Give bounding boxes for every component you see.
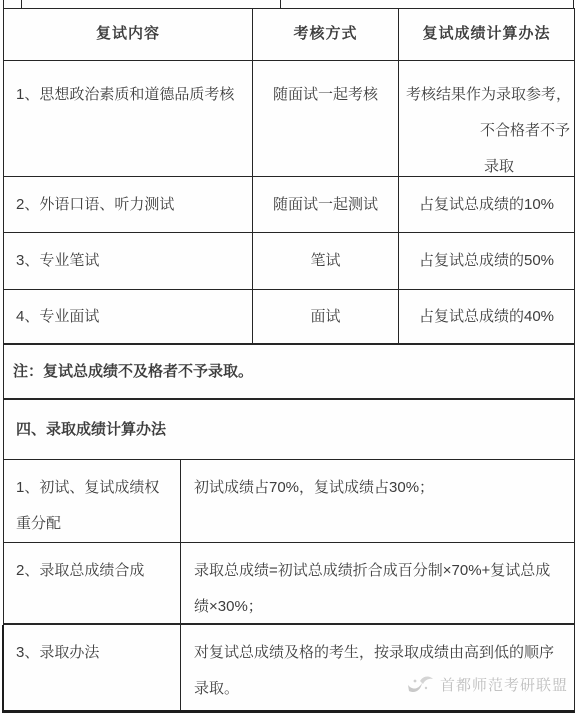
table-note: 注：复试总成绩不及格者不予录取。 xyxy=(4,345,574,400)
header-retest-content: 复试内容 xyxy=(4,8,253,61)
cell-label-method: 3、录取办法 xyxy=(4,625,181,710)
section-title: 四、录取成绩计算办法 xyxy=(4,400,574,460)
cell-method-1: 随面试一起考核 xyxy=(253,61,399,177)
cell-calc-3: 占复试总成绩的50% xyxy=(399,233,574,290)
cell-calc-1: 考核结果作为录取参考， 不合格者不予 录取 xyxy=(399,61,574,177)
cell-content-4: 4、专业面试 xyxy=(4,290,253,345)
alliance-logo-icon xyxy=(406,672,436,696)
cell-method-2: 随面试一起测试 xyxy=(253,177,399,233)
header-score-calculation: 复试成绩计算办法 xyxy=(399,8,574,61)
partial-row-divider xyxy=(280,0,281,8)
cell-calc-4: 占复试总成绩的40% xyxy=(399,290,574,345)
cell-calc-2: 占复试总成绩的10% xyxy=(399,177,574,233)
cell-method-3: 笔试 xyxy=(253,233,399,290)
thick-left-border xyxy=(2,625,4,713)
watermark: 首都师范考研联盟 xyxy=(406,672,568,696)
cell-content-2: 2、外语口语、听力测试 xyxy=(4,177,253,233)
calc-line-2: 不合格者不予 xyxy=(406,113,570,149)
cell-method-4: 面试 xyxy=(253,290,399,345)
retest-table: 复试内容 考核方式 复试成绩计算办法 1、思想政治素质和道德品质考核 随面试一起… xyxy=(3,8,575,460)
cell-value-composition: 录取总成绩=初试总成绩折合成百分制×70%+复试总成绩×30%； xyxy=(181,543,574,625)
watermark-text: 首都师范考研联盟 xyxy=(440,674,568,695)
header-assessment-method: 考核方式 xyxy=(253,8,399,61)
cell-value-method: 对复试总成绩及格的考生，按录取成绩由高到低的顺序录取。 xyxy=(181,625,574,710)
document-page: 复试内容 考核方式 复试成绩计算办法 1、思想政治素质和道德品质考核 随面试一起… xyxy=(0,0,576,714)
cell-label-weight: 1、初试、复试成绩权重分配 xyxy=(4,460,181,543)
cell-content-1: 1、思想政治素质和道德品质考核 xyxy=(4,61,253,177)
cell-label-composition: 2、录取总成绩合成 xyxy=(4,543,181,625)
partial-row-divider xyxy=(21,0,22,8)
calc-line-1: 考核结果作为录取参考， xyxy=(406,77,570,113)
cell-value-weight: 初试成绩占70%，复试成绩占30%； xyxy=(181,460,574,543)
calc-line-3: 录取 xyxy=(484,149,570,177)
cell-content-3: 3、专业笔试 xyxy=(4,233,253,290)
